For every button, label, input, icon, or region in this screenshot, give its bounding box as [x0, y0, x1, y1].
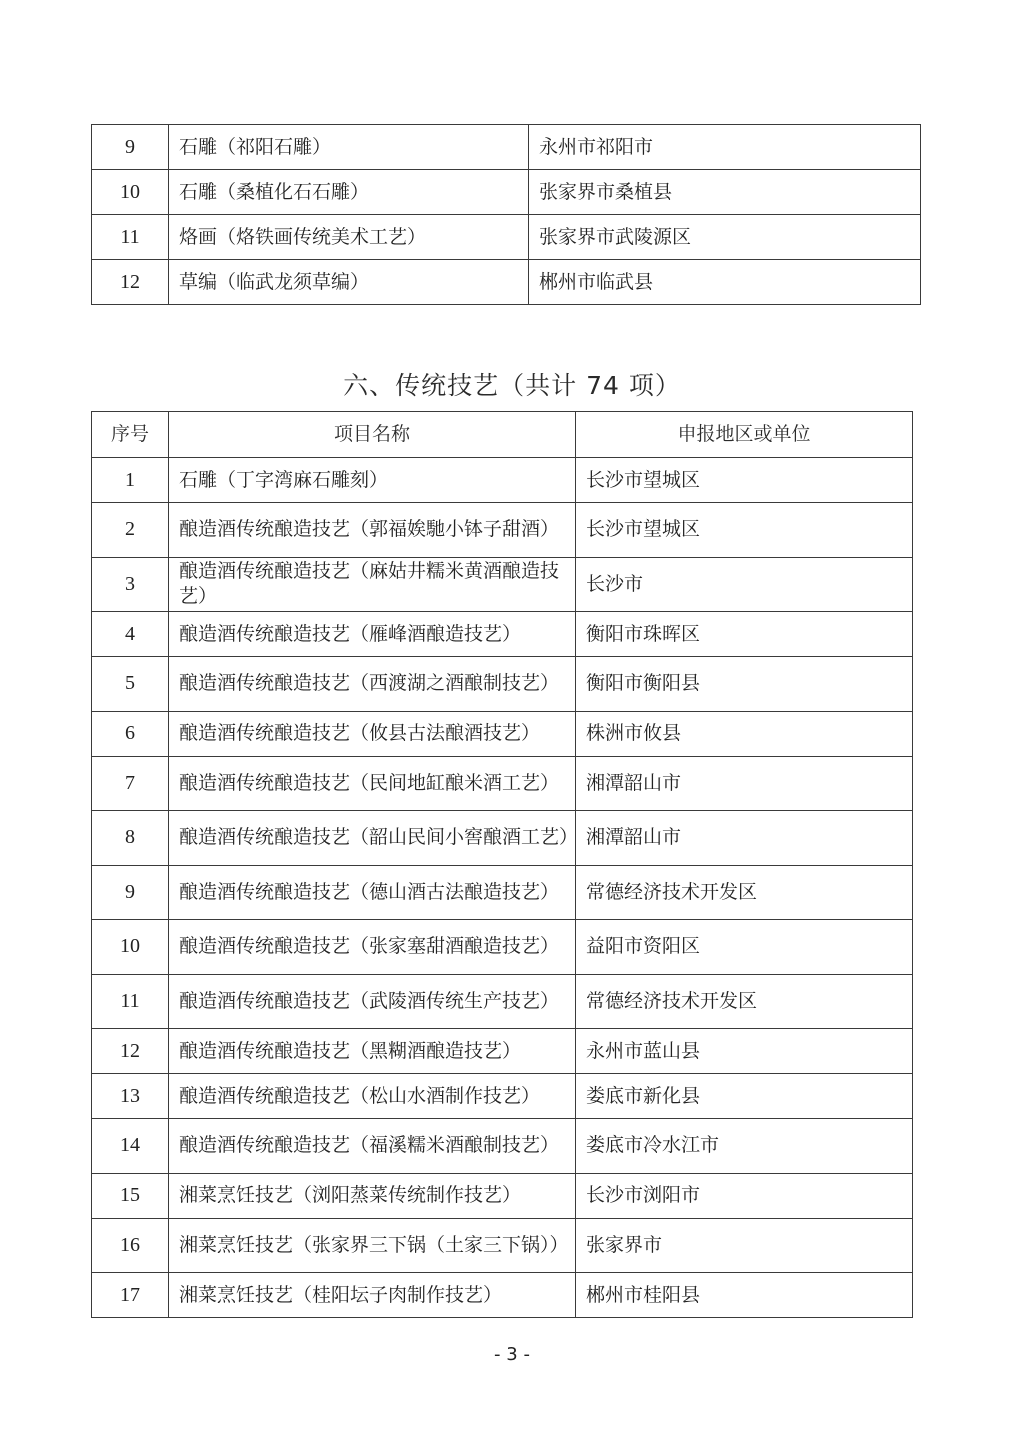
region: 长沙市望城区 [576, 458, 913, 503]
project-name: 湘菜烹饪技艺（浏阳蒸菜传统制作技艺） [169, 1173, 576, 1218]
table-row: 10 酿造酒传统酿造技艺（张家塞甜酒酿造技艺） 益阳市资阳区 [92, 920, 913, 975]
table-row: 17 湘菜烹饪技艺（桂阳坛子肉制作技艺） 郴州市桂阳县 [92, 1273, 913, 1318]
table-row: 4 酿造酒传统酿造技艺（雁峰酒酿造技艺） 衡阳市珠晖区 [92, 612, 913, 657]
row-number: 3 [92, 557, 169, 612]
table-row: 9 酿造酒传统酿造技艺（德山酒古法酿造技艺） 常德经济技术开发区 [92, 865, 913, 920]
project-name: 酿造酒传统酿造技艺（攸县古法酿酒技艺） [169, 711, 576, 756]
row-number: 7 [92, 756, 169, 811]
row-number: 9 [92, 125, 169, 170]
table-row: 3 酿造酒传统酿造技艺（麻姑井糯米黄酒酿造技艺） 长沙市 [92, 557, 913, 612]
project-name: 烙画（烙铁画传统美术工艺） [169, 215, 529, 260]
region: 张家界市武陵源区 [529, 215, 921, 260]
page-number: - 3 - [0, 1344, 1024, 1365]
region: 常德经济技术开发区 [576, 865, 913, 920]
project-name: 酿造酒传统酿造技艺（雁峰酒酿造技艺） [169, 612, 576, 657]
table-row: 12 酿造酒传统酿造技艺（黑糊酒酿造技艺） 永州市蓝山县 [92, 1029, 913, 1074]
table-row: 5 酿造酒传统酿造技艺（西渡湖之酒酿制技艺） 衡阳市衡阳县 [92, 657, 913, 712]
table-row: 11 烙画（烙铁画传统美术工艺） 张家界市武陵源区 [92, 215, 921, 260]
table-row: 12 草编（临武龙须草编） 郴州市临武县 [92, 260, 921, 305]
region: 张家界市桑植县 [529, 170, 921, 215]
project-name: 湘菜烹饪技艺（张家界三下锅（土家三下锅）） [169, 1218, 576, 1273]
region: 长沙市望城区 [576, 503, 913, 558]
project-name: 酿造酒传统酿造技艺（麻姑井糯米黄酒酿造技艺） [169, 557, 576, 612]
project-name: 酿造酒传统酿造技艺（张家塞甜酒酿造技艺） [169, 920, 576, 975]
region: 郴州市临武县 [529, 260, 921, 305]
row-number: 5 [92, 657, 169, 712]
project-name: 湘菜烹饪技艺（桂阳坛子肉制作技艺） [169, 1273, 576, 1318]
region: 张家界市 [576, 1218, 913, 1273]
table-row: 2 酿造酒传统酿造技艺（郭福娭馳小钵子甜酒） 长沙市望城区 [92, 503, 913, 558]
region: 常德经济技术开发区 [576, 974, 913, 1029]
region: 娄底市新化县 [576, 1074, 913, 1119]
table-row: 13 酿造酒传统酿造技艺（松山水酒制作技艺） 娄底市新化县 [92, 1074, 913, 1119]
table-row: 10 石雕（桑植化石石雕） 张家界市桑植县 [92, 170, 921, 215]
region: 湘潭韶山市 [576, 811, 913, 866]
region: 益阳市资阳区 [576, 920, 913, 975]
region: 长沙市 [576, 557, 913, 612]
table-row: 14 酿造酒传统酿造技艺（福溪糯米酒酿制技艺） 娄底市冷水江市 [92, 1119, 913, 1174]
row-number: 12 [92, 260, 169, 305]
region: 永州市祁阳市 [529, 125, 921, 170]
region: 娄底市冷水江市 [576, 1119, 913, 1174]
row-number: 17 [92, 1273, 169, 1318]
row-number: 1 [92, 458, 169, 503]
project-name: 石雕（桑植化石石雕） [169, 170, 529, 215]
project-name: 石雕（祁阳石雕） [169, 125, 529, 170]
project-name: 酿造酒传统酿造技艺（武陵酒传统生产技艺） [169, 974, 576, 1029]
table-row: 11 酿造酒传统酿造技艺（武陵酒传统生产技艺） 常德经济技术开发区 [92, 974, 913, 1029]
section-title: 六、传统技艺（共计 74 项） [0, 366, 1024, 402]
row-number: 2 [92, 503, 169, 558]
header-region: 申报地区或单位 [576, 412, 913, 458]
table-row: 7 酿造酒传统酿造技艺（民间地缸酿米酒工艺） 湘潭韶山市 [92, 756, 913, 811]
project-name: 酿造酒传统酿造技艺（郭福娭馳小钵子甜酒） [169, 503, 576, 558]
project-name: 酿造酒传统酿造技艺（福溪糯米酒酿制技艺） [169, 1119, 576, 1174]
table-row: 1 石雕（丁字湾麻石雕刻） 长沙市望城区 [92, 458, 913, 503]
table-header-row: 序号 项目名称 申报地区或单位 [92, 412, 913, 458]
header-number: 序号 [92, 412, 169, 458]
project-name: 酿造酒传统酿造技艺（西渡湖之酒酿制技艺） [169, 657, 576, 712]
project-name: 酿造酒传统酿造技艺（德山酒古法酿造技艺） [169, 865, 576, 920]
row-number: 4 [92, 612, 169, 657]
row-number: 9 [92, 865, 169, 920]
header-project-name: 项目名称 [169, 412, 576, 458]
table-row: 8 酿造酒传统酿造技艺（韶山民间小窖酿酒工艺） 湘潭韶山市 [92, 811, 913, 866]
table-row: 9 石雕（祁阳石雕） 永州市祁阳市 [92, 125, 921, 170]
region: 衡阳市珠晖区 [576, 612, 913, 657]
row-number: 8 [92, 811, 169, 866]
project-name: 酿造酒传统酿造技艺（黑糊酒酿造技艺） [169, 1029, 576, 1074]
project-name: 石雕（丁字湾麻石雕刻） [169, 458, 576, 503]
region: 湘潭韶山市 [576, 756, 913, 811]
project-name: 酿造酒传统酿造技艺（民间地缸酿米酒工艺） [169, 756, 576, 811]
region: 郴州市桂阳县 [576, 1273, 913, 1318]
region: 永州市蓝山县 [576, 1029, 913, 1074]
row-number: 11 [92, 974, 169, 1029]
region: 衡阳市衡阳县 [576, 657, 913, 712]
project-name: 酿造酒传统酿造技艺（韶山民间小窖酿酒工艺） [169, 811, 576, 866]
row-number: 11 [92, 215, 169, 260]
region: 株洲市攸县 [576, 711, 913, 756]
row-number: 15 [92, 1173, 169, 1218]
row-number: 16 [92, 1218, 169, 1273]
traditional-crafts-table: 序号 项目名称 申报地区或单位 1 石雕（丁字湾麻石雕刻） 长沙市望城区 2 酿… [91, 411, 913, 1318]
region: 长沙市浏阳市 [576, 1173, 913, 1218]
continued-heritage-table: 9 石雕（祁阳石雕） 永州市祁阳市 10 石雕（桑植化石石雕） 张家界市桑植县 … [91, 124, 921, 305]
row-number: 14 [92, 1119, 169, 1174]
row-number: 13 [92, 1074, 169, 1119]
table-row: 16 湘菜烹饪技艺（张家界三下锅（土家三下锅）） 张家界市 [92, 1218, 913, 1273]
table-row: 6 酿造酒传统酿造技艺（攸县古法酿酒技艺） 株洲市攸县 [92, 711, 913, 756]
row-number: 6 [92, 711, 169, 756]
row-number: 10 [92, 170, 169, 215]
table-row: 15 湘菜烹饪技艺（浏阳蒸菜传统制作技艺） 长沙市浏阳市 [92, 1173, 913, 1218]
row-number: 12 [92, 1029, 169, 1074]
project-name: 草编（临武龙须草编） [169, 260, 529, 305]
project-name: 酿造酒传统酿造技艺（松山水酒制作技艺） [169, 1074, 576, 1119]
row-number: 10 [92, 920, 169, 975]
